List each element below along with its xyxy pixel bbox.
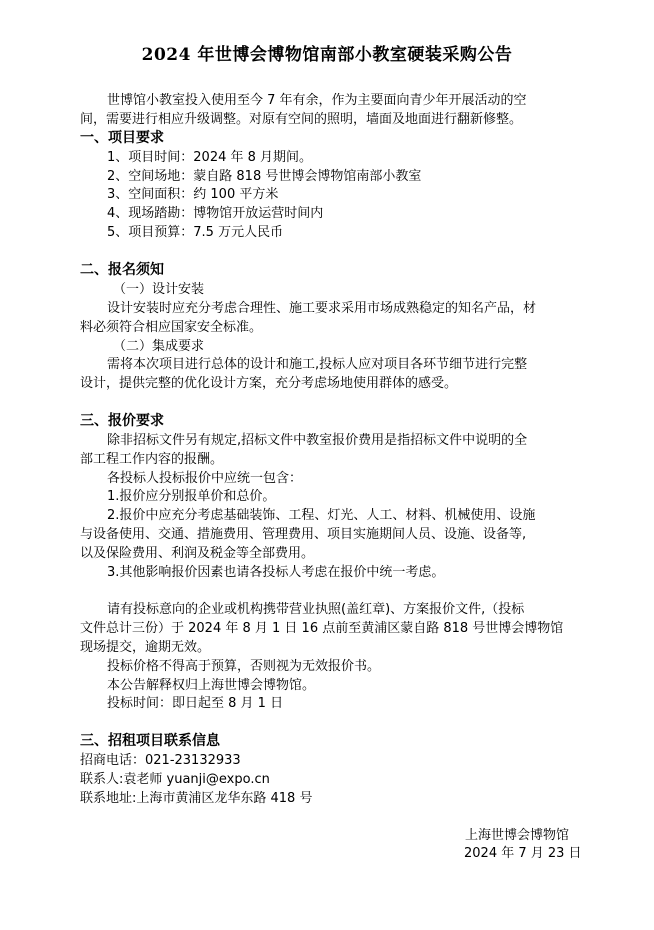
project-item-2: 2、空间场地：蒙自路 818 号世博会博物馆南部小教室: [107, 168, 421, 185]
quotation-item-2-line-2: 与设备使用、交通、措施费用、管理费用、项目实施期间人员、设施、设备等,: [80, 526, 526, 543]
quotation-item-2-line-1: 2.报价中应充分考虑基础装饰、工程、灯光、人工、材料、机械使用、设施: [107, 507, 535, 524]
project-item-5: 5、项目预算：7.5 万元人民币: [107, 224, 283, 241]
submission-line-1: 请有投标意向的企业或机构携带营业执照(盖红章)、方案报价文件,（投标: [107, 601, 524, 618]
quotation-item-3: 3.其他影响报价因素也请各投标人考虑在报价中统一考虑。: [107, 564, 444, 581]
signature-org: 上海世博会博物馆: [465, 827, 569, 844]
integration-line-1: 需将本次项目进行总体的设计和施工,投标人应对项目各环节细节进行完整: [107, 356, 527, 373]
contact-phone: 招商电话：021-23132933: [80, 752, 241, 769]
signature-date: 2024 年 7 月 23 日: [464, 845, 582, 862]
subsection-integration: （二）集成要求: [113, 338, 204, 355]
quotation-para-line-2: 部工程工作内容的报酬。: [80, 451, 223, 468]
submission-line-2: 文件总计三份）于 2024 年 8 月 1 日 16 点前至黄浦区蒙自路 818…: [80, 620, 563, 637]
document-title: 2024 年世博会博物馆南部小教室硬装采购公告: [0, 40, 654, 65]
section-heading-registration: 二、报名须知: [80, 262, 164, 279]
quotation-item-2-line-3: 以及保险费用、利润及税金等全部费用。: [80, 545, 314, 562]
subsection-design-install: （一）设计安装: [113, 281, 204, 298]
bid-time: 投标时间：即日起至 8 月 1 日: [107, 695, 283, 712]
quotation-para-line-1: 除非招标文件另有规定,招标文件中教室报价费用是指招标文件中说明的全: [107, 432, 527, 449]
design-install-line-2: 料必须符合相应国家安全标准。: [80, 319, 262, 336]
section-heading-contact: 三、招租项目联系信息: [80, 733, 220, 750]
contact-address: 联系地址:上海市黄浦区龙华东路 418 号: [80, 790, 312, 807]
project-item-1: 1、项目时间：2024 年 8 月期间。: [107, 149, 312, 166]
intro-line-2: 间，需要进行相应升级调整。对原有空间的照明，墙面及地面进行翻新修整。: [80, 111, 522, 128]
document-page: 2024 年世博会博物馆南部小教室硬装采购公告 世博馆小教室投入使用至今 7 年…: [0, 0, 654, 930]
intro-line-1: 世博馆小教室投入使用至今 7 年有余，作为主要面向青少年开展活动的空: [107, 92, 527, 109]
quotation-include: 各投标人投标报价中应统一包含：: [107, 470, 302, 487]
submission-line-3: 现场提交，逾期无效。: [80, 639, 210, 656]
contact-person: 联系人:袁老师 yuanji@expo.cn: [80, 771, 270, 788]
design-install-line-1: 设计安装时应充分考虑合理性、施工要求采用市场成熟稳定的知名产品，材: [107, 300, 536, 317]
price-limit: 投标价格不得高于预算，否则视为无效报价书。: [107, 658, 380, 675]
section-heading-project-requirements: 一、项目要求: [80, 130, 164, 147]
integration-line-2: 设计，提供完整的优化设计方案，充分考虑场地使用群体的感受。: [80, 375, 457, 392]
project-item-3: 3、空间面积：约 100 平方米: [107, 186, 278, 203]
quotation-item-1: 1.报价应分别报单价和总价。: [107, 488, 275, 505]
interpretation: 本公告解释权归上海世博会博物馆。: [107, 677, 315, 694]
section-heading-quotation: 三、报价要求: [80, 413, 164, 430]
project-item-4: 4、现场踏勘：博物馆开放运营时间内: [107, 205, 323, 222]
